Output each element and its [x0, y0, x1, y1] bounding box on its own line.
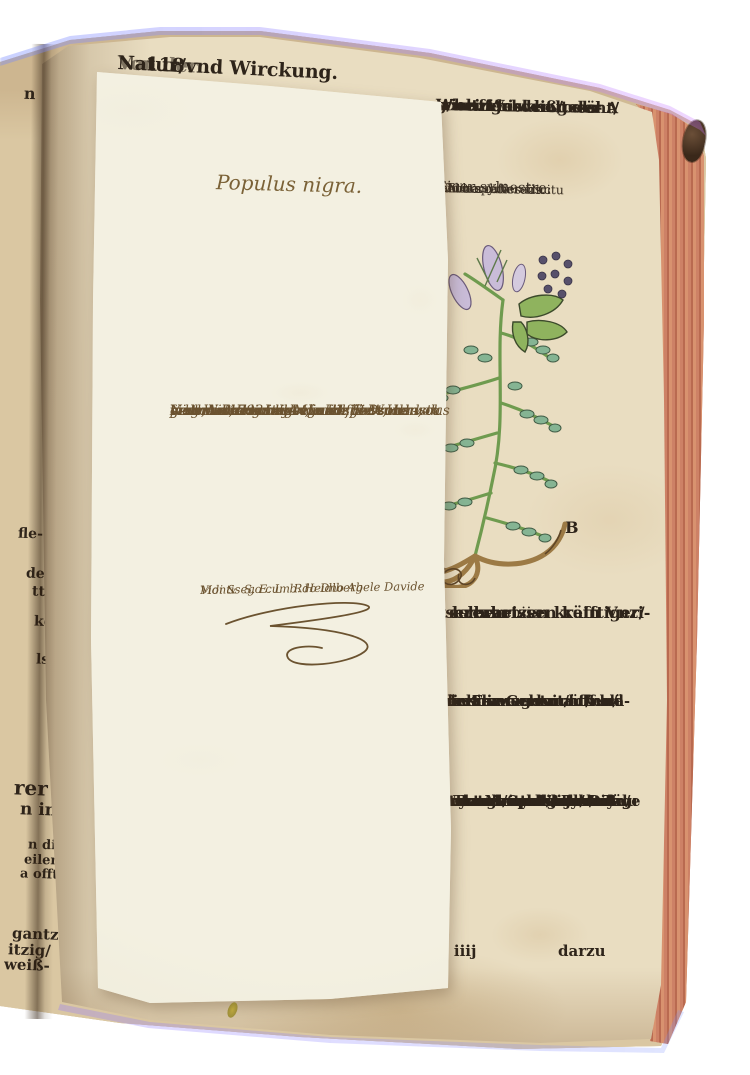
pen-flourish [222, 596, 392, 676]
manuscript-note-content: Populus nigra. Vermainte wurtzel wie sie… [0, 0, 750, 1075]
book-photo: nfle-det/tterkeitlschrern imn dieeilena … [0, 0, 750, 1075]
manuscript-title: Populus nigra. [216, 170, 363, 198]
manuscript-line: erkant worden. [170, 402, 275, 422]
